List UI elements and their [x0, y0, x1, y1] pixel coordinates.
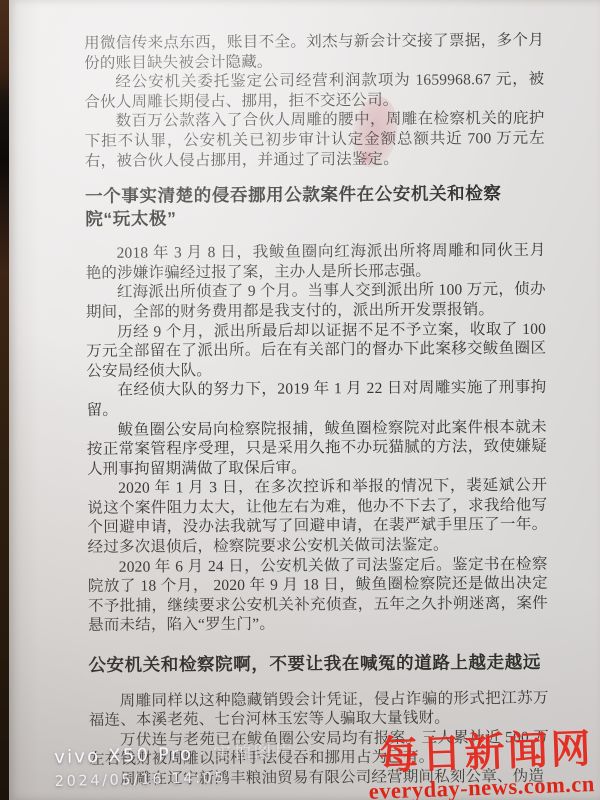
document-photo: 用微信传来点东西，账目不全。刘杰与新会计交接了票据，多个月份的账目缺失被会计隐藏… [0, 0, 600, 800]
body-paragraph: 在经侦大队的努力下，2019 年 1 月 22 日对周雕实施了刑事拘留。 [86, 378, 546, 420]
document-text: 用微信传来点东西，账目不全。刘杰与新会计交接了票据，多个月份的账目缺失被会计隐藏… [84, 31, 549, 790]
body-paragraph: 2018 年 3 月 8 日，我鲅鱼圈向红海派出所将周雕和同伙王月艳的涉嫌诈骗经… [85, 241, 545, 283]
news-watermark: 每日新闻网 everyday-news.com.cn [367, 728, 595, 800]
body-paragraph: 历经 9 个月，派出所最后却以证据不足不予立案，收取了 100 万元全部留在了派… [86, 319, 546, 381]
camera-watermark: vivo X50 Pro·实拍图片 2024/05/16 14:05 [54, 738, 295, 790]
intro-paragraph: 数百万公款落入了合伙人周雕的腰中，周雕在检察机关的庇护下拒不认罪，公安机关已初步… [85, 109, 545, 171]
shot-type-label: 实拍图片 [213, 742, 294, 765]
section-heading-1: 一个事实清楚的侵吞挪用公款案件在公安机关和检察院“玩太极” [85, 182, 545, 230]
body-paragraph: 2020 年 1 月 3 日，在多次控诉和举报的情况下，裴延斌公开说这个案件阻力… [87, 476, 548, 558]
paper-sheet: 用微信传来点东西，账目不全。刘杰与新会计交接了票据，多个月份的账目缺失被会计隐藏… [9, 0, 600, 800]
intro-paragraph: 用微信传来点东西，账目不全。刘杰与新会计交接了票据，多个月份的账目缺失被会计隐藏… [84, 31, 544, 73]
news-site-name: 每日新闻网 [367, 728, 595, 778]
body-paragraph: 鲅鱼圈公安局向检察院报捕，鲅鱼圈检察院对此案件根本就未按正常案管程序受理，只是采… [87, 417, 547, 479]
body-paragraph: 周雕同样以这种隐藏销毁会计凭证，侵占诈骗的形式把江苏万福连、本溪老苑、七台河林玉… [89, 688, 549, 730]
body-paragraph: 2020 年 6 月 24 日，公安机关做了司法鉴定后。鉴定书在检察院放了 18… [88, 554, 549, 636]
body-paragraph: 红海派出所侦查了 9 个月。当事人交到派出所 100 万元，侦办期间，全部的财务… [86, 280, 546, 322]
device-label: vivo X50 Pro [54, 744, 193, 768]
watermark-separator: · [199, 744, 207, 765]
section-heading-2: 公安机关和检察院啊，不要让我在喊冤的道路上越走越远 [88, 651, 548, 677]
intro-paragraph: 经公安机关委托鉴定公司经营利润款项为 1659968.67 元，被合伙人周雕长期… [84, 70, 544, 112]
